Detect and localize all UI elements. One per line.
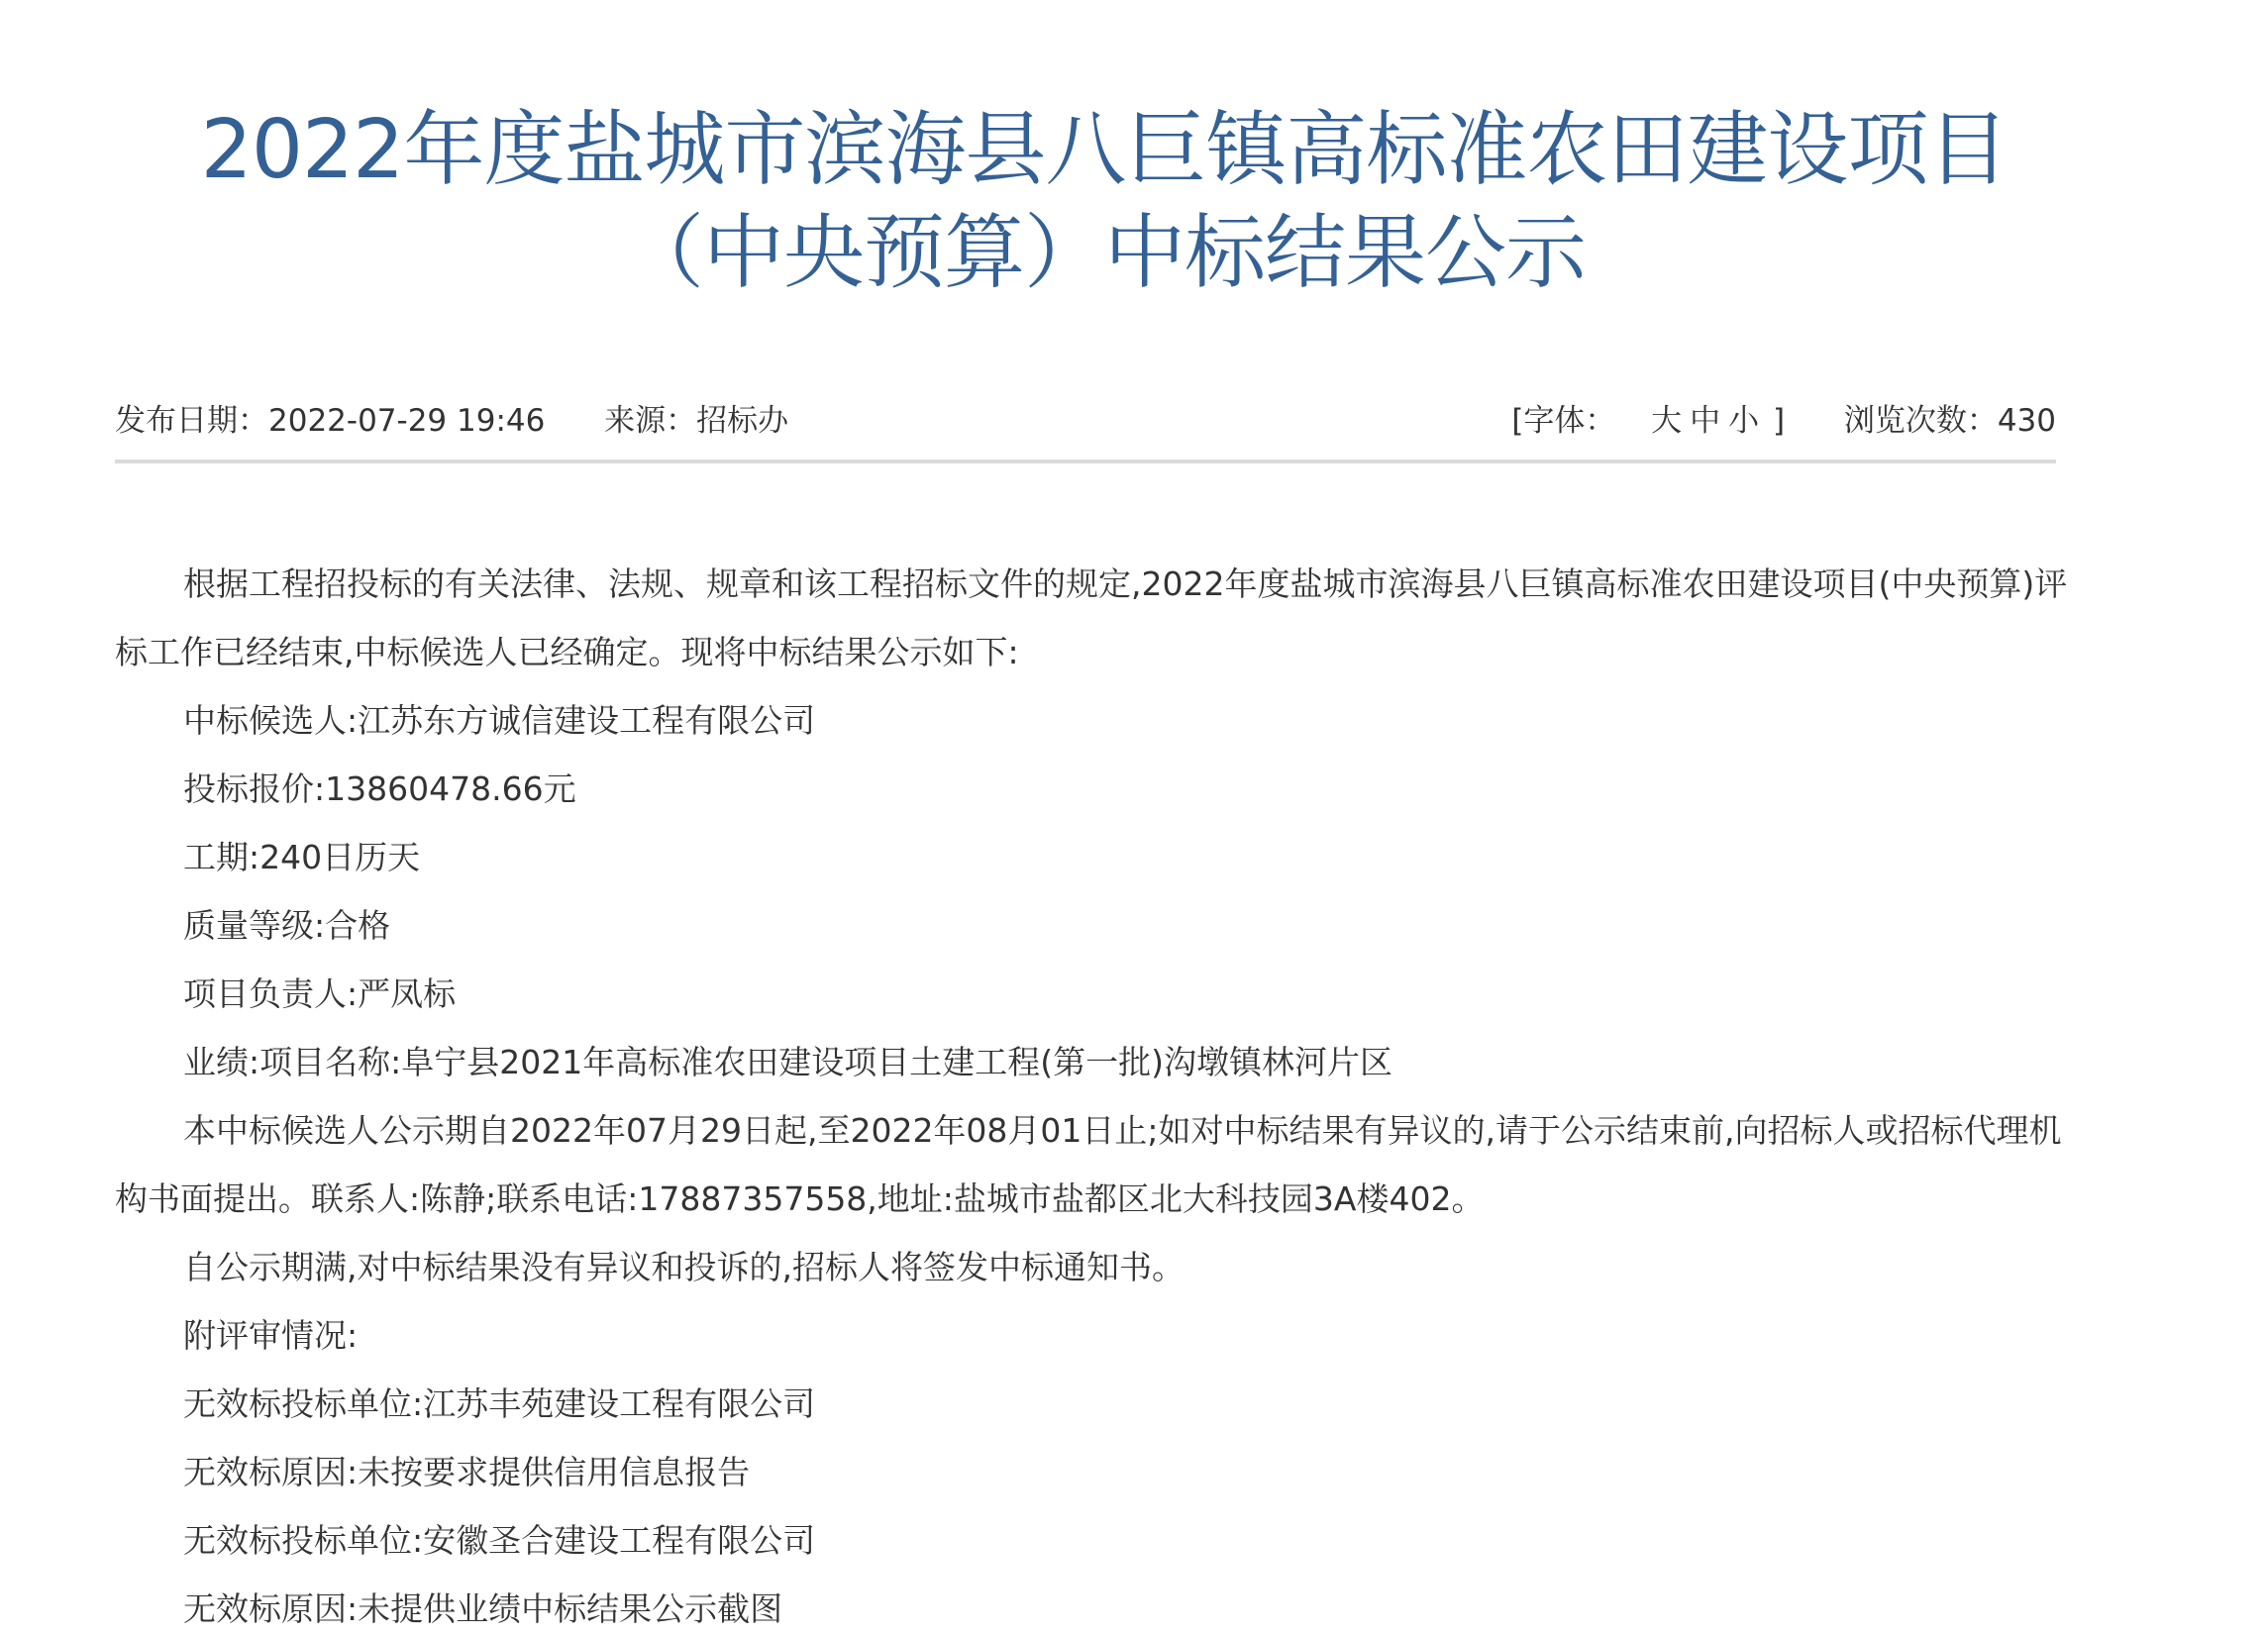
article-title-line-1: 2022年度盐城市滨海县八巨镇高标准农田建设项目	[0, 99, 2209, 202]
article-meta-bar: 发布日期：2022-07-29 19:46 来源：招标办 [字体： 大中小 ] …	[115, 396, 2056, 446]
source-label: 来源：	[604, 403, 696, 439]
body-paragraph-publicity-period: 本中标候选人公示期自2022年07月29日起,至2022年08月01日止;如对中…	[115, 1096, 2086, 1233]
view-count-value: 430	[1998, 403, 2056, 439]
body-paragraph-project-manager: 项目负责人:严凤标	[115, 960, 2086, 1028]
font-size-label-open: [字体：	[1511, 403, 1615, 439]
font-size-label-close: ]	[1773, 403, 1785, 439]
source-value: 招标办	[696, 403, 788, 439]
article-title: 2022年度盐城市滨海县八巨镇高标准农田建设项目 （中央预算）中标结果公示	[0, 99, 2209, 305]
body-paragraph-invalid-bidder-1: 无效标投标单位:江苏丰苑建设工程有限公司	[115, 1370, 2086, 1438]
article-body: 根据工程招投标的有关法律、法规、规章和该工程招标文件的规定,2022年度盐城市滨…	[115, 550, 2086, 1637]
body-paragraph-invalid-bidder-2: 无效标投标单位:安徽圣合建设工程有限公司	[115, 1506, 2086, 1575]
body-paragraph-notice: 自公示期满,对中标结果没有异议和投诉的,招标人将签发中标通知书。	[115, 1233, 2086, 1301]
view-count-label: 浏览次数：	[1844, 403, 1998, 439]
meta-divider	[115, 460, 2056, 463]
body-paragraph-duration: 工期:240日历天	[115, 823, 2086, 891]
font-size-medium-link[interactable]: 中	[1686, 403, 1724, 439]
body-paragraph-intro: 根据工程招投标的有关法律、法规、规章和该工程招标文件的规定,2022年度盐城市滨…	[115, 550, 2086, 686]
article-title-line-2: （中央预算）中标结果公示	[0, 202, 2209, 305]
body-paragraph-performance: 业绩:项目名称:阜宁县2021年高标准农田建设项目土建工程(第一批)沟墩镇林河片…	[115, 1028, 2086, 1096]
body-paragraph-invalid-reason-2: 无效标原因:未提供业绩中标结果公示截图	[115, 1575, 2086, 1637]
publish-date-label: 发布日期：	[115, 403, 268, 439]
font-size-large-link[interactable]: 大	[1647, 403, 1686, 439]
article-page: 2022年度盐城市滨海县八巨镇高标准农田建设项目 （中央预算）中标结果公示 发布…	[0, 0, 2268, 1637]
font-size-small-link[interactable]: 小	[1724, 403, 1763, 439]
body-paragraph-quality: 质量等级:合格	[115, 891, 2086, 960]
article-meta-right: [字体： 大中小 ] 浏览次数：430	[1511, 396, 2056, 446]
body-paragraph-winning-bidder: 中标候选人:江苏东方诚信建设工程有限公司	[115, 686, 2086, 755]
publish-date-value: 2022-07-29 19:46	[268, 403, 545, 439]
body-paragraph-review-heading: 附评审情况:	[115, 1301, 2086, 1370]
body-paragraph-bid-price: 投标报价:13860478.66元	[115, 755, 2086, 823]
article-meta-left: 发布日期：2022-07-29 19:46 来源：招标办	[115, 396, 788, 446]
body-paragraph-invalid-reason-1: 无效标原因:未按要求提供信用信息报告	[115, 1438, 2086, 1506]
